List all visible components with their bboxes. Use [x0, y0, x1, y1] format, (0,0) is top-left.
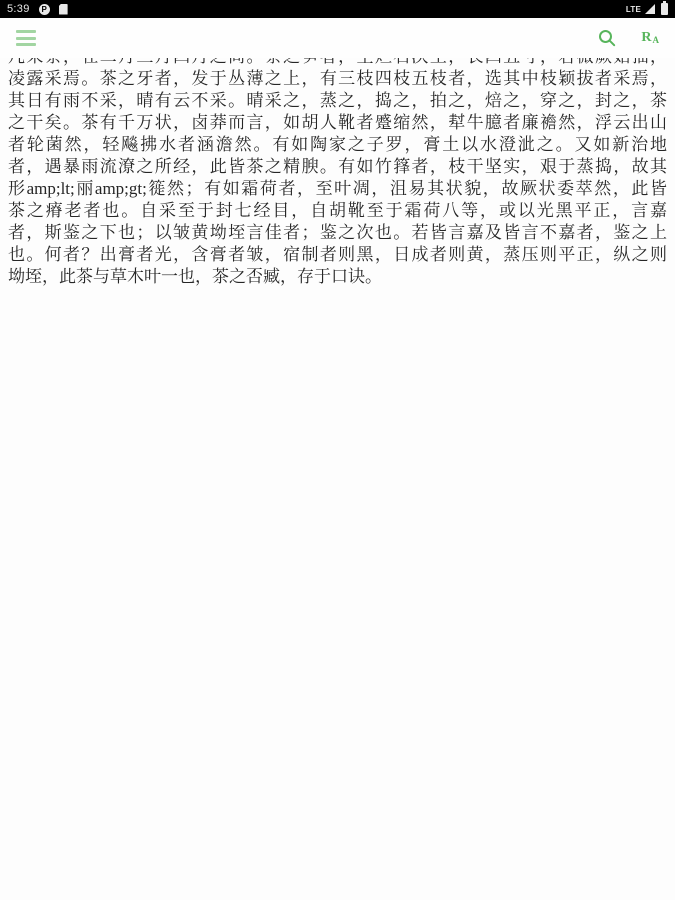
text-line: 之干矣。茶有千万状，卤莽而言，如胡人靴者蹙缩然，犎牛臆者廉襜然，浮云出山 — [8, 112, 667, 134]
font-size-icon[interactable]: RA — [641, 31, 659, 45]
menu-icon[interactable] — [16, 29, 36, 48]
clipped-text-line: 凡采茶，在二月三月四月之间。茶之笋者，生烂石沃土，长四五寸，若薇蕨始抽， — [8, 58, 667, 68]
text-line: 者轮菌然，轻飚拂水者涵澹然。有如陶家之子罗，膏土以水澄泚之。又如新治地 — [8, 134, 667, 156]
signal-strength-icon — [645, 4, 655, 14]
text-line: 者，遇暴雨流潦之所经，此皆茶之精腴。有如竹箨者，枝干坚实，艰于蒸捣，故其 — [8, 156, 667, 178]
status-bar: 5:39 P LTE — [0, 0, 675, 18]
text-line: 也。何者？出膏者光，含膏者皱，宿制者则黑，日成者则黄，蒸压则平正，纵之则 — [8, 244, 667, 266]
status-bar-left: 5:39 P — [7, 3, 68, 15]
text-line: 茶之瘠老者也。自采至于封七经目，自胡靴至于霜荷八等，或以光黑平正，言嘉 — [8, 200, 667, 222]
clock-text: 5:39 — [7, 3, 30, 15]
search-icon[interactable] — [597, 28, 617, 48]
text-line: 其日有雨不采，晴有云不采。晴采之，蒸之，捣之，拍之，焙之，穿之，封之，茶 — [8, 90, 667, 112]
sd-card-icon — [59, 4, 68, 15]
text-line: 形amp;lt;丽amp;gt;簁然；有如霜荷者，至叶凋，沮易其状貌，故厥状委萃… — [8, 178, 667, 200]
toolbar-actions: RA — [597, 28, 659, 48]
notification-circle-icon: P — [39, 4, 50, 15]
text-line: 者，斯鉴之下也；以皱黄坳垤言佳者；鉴之次也。若皆言嘉及皆言不嘉者，鉴之上 — [8, 222, 667, 244]
app-toolbar: RA — [0, 18, 675, 58]
battery-icon — [661, 3, 668, 15]
status-bar-right: LTE — [626, 3, 668, 15]
network-type-label: LTE — [626, 5, 641, 14]
reader-content[interactable]: 凡采茶，在二月三月四月之间。茶之笋者，生烂石沃土，长四五寸，若薇蕨始抽， 凌露采… — [0, 58, 675, 288]
text-line: 坳垤，此茶与草木叶一也，茶之否臧，存于口诀。 — [8, 266, 667, 288]
text-line: 凌露采焉。茶之牙者，发于丛薄之上，有三枝四枝五枝者，选其中枝颖拔者采焉， — [8, 68, 667, 90]
